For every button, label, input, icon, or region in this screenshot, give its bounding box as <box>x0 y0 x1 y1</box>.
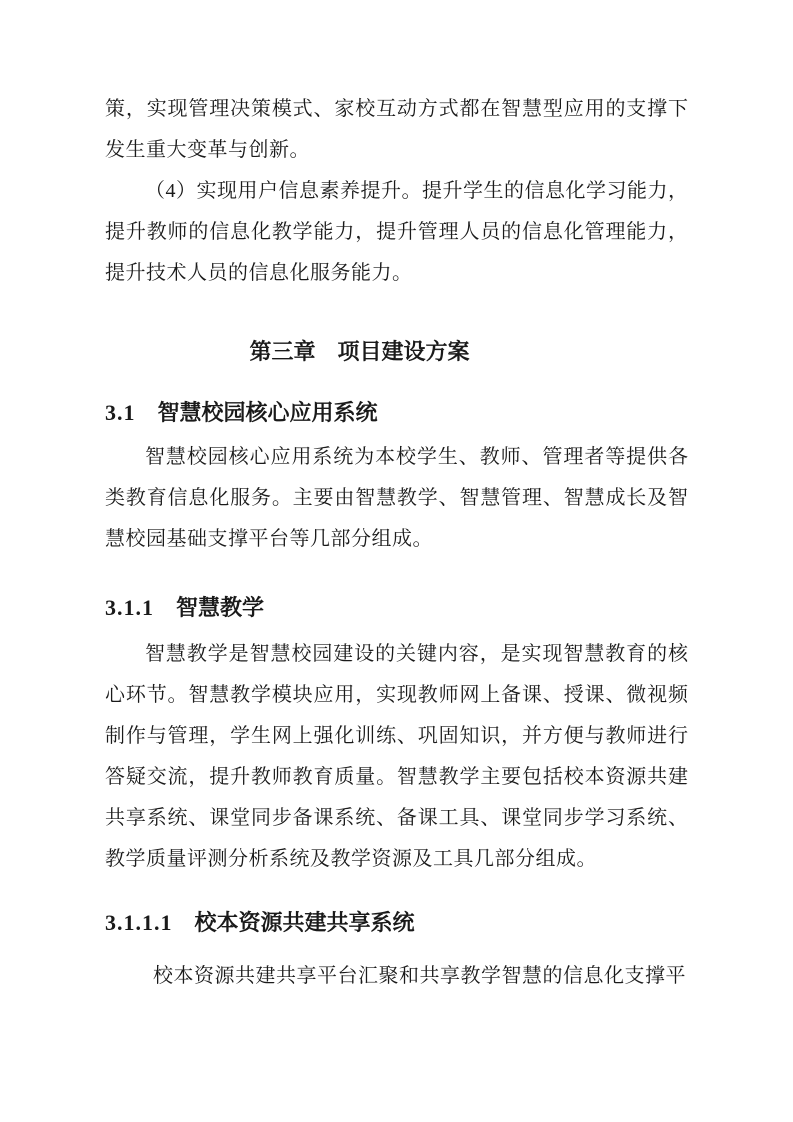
paragraph-line: 心环节。智慧教学模块应用，实现教师网上备课、授课、微视频 <box>105 675 688 716</box>
paragraph-3-1-1: 智慧教学是智慧校园建设的关键内容，是实现智慧教育的核 心环节。智慧教学模块应用，… <box>105 634 688 880</box>
section-heading-3-1-1-1: 3.1.1.1校本资源共建共享系统 <box>105 901 688 944</box>
paragraph-line: （4）实现用户信息素养提升。提升学生的信息化学习能力， <box>105 171 688 212</box>
section-number: 3.1 <box>105 391 136 434</box>
section-title: 校本资源共建共享系统 <box>195 910 415 935</box>
paragraph-line: 发生重大变革与创新。 <box>105 130 688 171</box>
paragraph-line: 策，实现管理决策模式、家校互动方式都在智慧型应用的支撑下 <box>105 89 688 130</box>
section-number: 3.1.1 <box>105 586 154 629</box>
paragraph-continuation: 策，实现管理决策模式、家校互动方式都在智慧型应用的支撑下 发生重大变革与创新。 <box>105 89 688 171</box>
paragraph-3-1: 智慧校园核心应用系统为本校学生、教师、管理者等提供各 类教育信息化服务。主要由智… <box>105 437 688 560</box>
section-heading-3-1: 3.1智慧校园核心应用系统 <box>105 391 688 434</box>
paragraph-line: 提升技术人员的信息化服务能力。 <box>105 253 688 294</box>
paragraph-line: 教学质量评测分析系统及教学资源及工具几部分组成。 <box>105 839 688 880</box>
paragraph-line: 类教育信息化服务。主要由智慧教学、智慧管理、智慧成长及智 <box>105 478 688 519</box>
chapter-heading: 第三章 项目建设方案 <box>105 330 688 373</box>
paragraph-line: 智慧校园核心应用系统为本校学生、教师、管理者等提供各 <box>105 437 688 478</box>
section-title: 智慧校园核心应用系统 <box>158 400 378 425</box>
paragraph-line: 智慧教学是智慧校园建设的关键内容，是实现智慧教育的核 <box>105 634 688 675</box>
paragraph-line: 校本资源共建共享平台汇聚和共享教学智慧的信息化支撑平 <box>105 956 688 997</box>
paragraph-line: 制作与管理，学生网上强化训练、巩固知识，并方便与教师进行 <box>105 716 688 757</box>
section-number: 3.1.1.1 <box>105 901 173 944</box>
paragraph-3-1-1-1: 校本资源共建共享平台汇聚和共享教学智慧的信息化支撑平 <box>105 956 688 997</box>
paragraph-line: 共享系统、课堂同步备课系统、备课工具、课堂同步学习系统、 <box>105 798 688 839</box>
section-title: 智慧教学 <box>176 595 264 620</box>
paragraph-line: 提升教师的信息化教学能力，提升管理人员的信息化管理能力， <box>105 212 688 253</box>
paragraph-line: 答疑交流，提升教师教育质量。智慧教学主要包括校本资源共建 <box>105 757 688 798</box>
section-heading-3-1-1: 3.1.1智慧教学 <box>105 586 688 629</box>
paragraph-item-4: （4）实现用户信息素养提升。提升学生的信息化学习能力， 提升教师的信息化教学能力… <box>105 171 688 294</box>
paragraph-line: 慧校园基础支撑平台等几部分组成。 <box>105 519 688 560</box>
document-page: 策，实现管理决策模式、家校互动方式都在智慧型应用的支撑下 发生重大变革与创新。 … <box>0 0 793 1122</box>
